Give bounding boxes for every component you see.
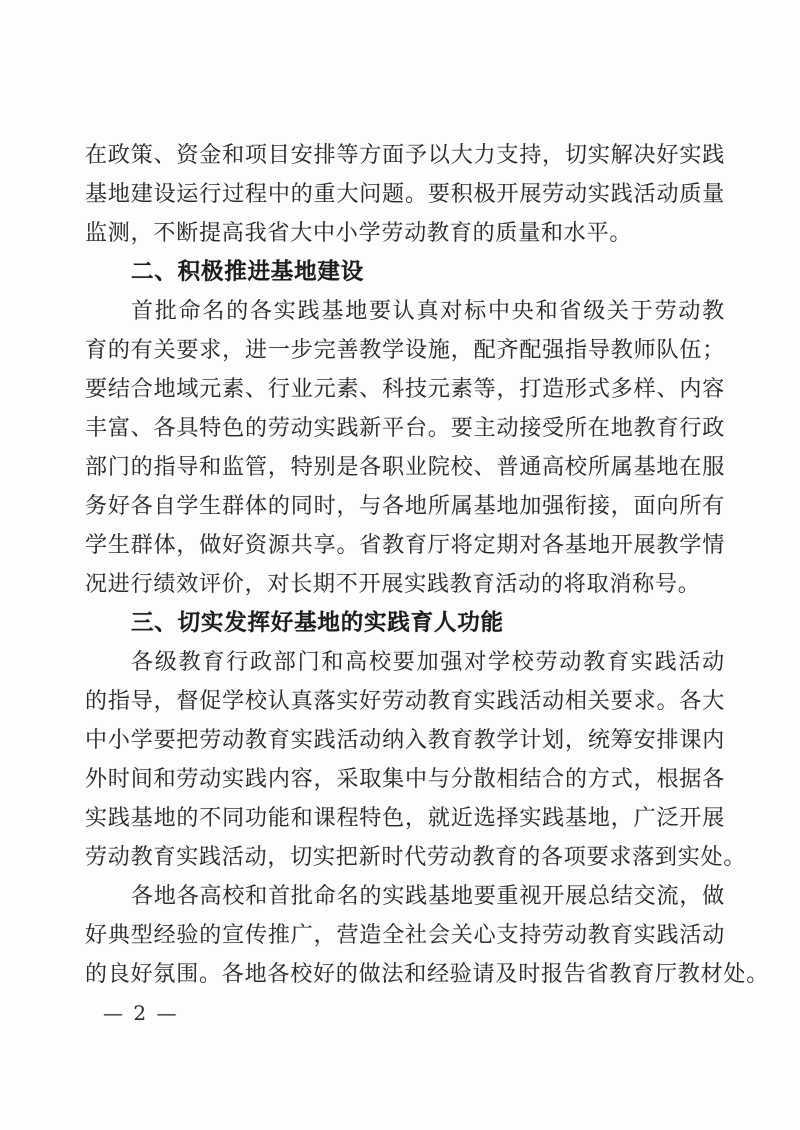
section-heading-3: 三、切实发挥好基地的实践育人功能 <box>85 604 725 643</box>
page-number: — 2 — <box>85 994 725 1033</box>
text-line: 况进行绩效评价，对长期不开展实践教育活动的将取消称号。 <box>85 565 725 604</box>
text-line: 各级教育行政部门和高校要加强对学校劳动教育实践活动 <box>85 643 725 682</box>
text-line: 丰富、各具特色的劳动实践新平台。要主动接受所在地教育行政 <box>85 409 725 448</box>
text-line: 要结合地域元素、行业元素、科技元素等，打造形式多样、内容 <box>85 370 725 409</box>
text-line: 首批命名的各实践基地要认真对标中央和省级关于劳动教 <box>85 292 725 331</box>
text-line: 监测，不断提高我省大中小学劳动教育的质量和水平。 <box>85 214 725 253</box>
text-line: 好典型经验的宣传推广，营造全社会关心支持劳动教育实践活动 <box>85 916 725 955</box>
text-line: 的指导，督促学校认真落实好劳动教育实践活动相关要求。各大 <box>85 682 725 721</box>
section-heading-2: 二、积极推进基地建设 <box>85 253 725 292</box>
text-line: 学生群体，做好资源共享。省教育厅将定期对各基地开展教学情 <box>85 526 725 565</box>
text-line: 实践基地的不同功能和课程特色，就近选择实践基地，广泛开展 <box>85 799 725 838</box>
text-line: 的良好氛围。各地各校好的做法和经验请及时报告省教育厅教材处。 <box>85 955 725 994</box>
text-line: 育的有关要求，进一步完善教学设施，配齐配强指导教师队伍； <box>85 331 725 370</box>
document-page: 在政策、资金和项目安排等方面予以大力支持，切实解决好实践 基地建设运行过程中的重… <box>0 0 800 1130</box>
text-line: 基地建设运行过程中的重大问题。要积极开展劳动实践活动质量 <box>85 175 725 214</box>
text-line: 外时间和劳动实践内容，采取集中与分散相结合的方式，根据各 <box>85 760 725 799</box>
text-block: 在政策、资金和项目安排等方面予以大力支持，切实解决好实践 基地建设运行过程中的重… <box>85 136 725 1033</box>
text-line: 中小学要把劳动教育实践活动纳入教育教学计划，统筹安排课内 <box>85 721 725 760</box>
text-line: 务好各自学生群体的同时，与各地所属基地加强衔接，面向所有 <box>85 487 725 526</box>
text-line: 劳动教育实践活动，切实把新时代劳动教育的各项要求落到实处。 <box>85 838 725 877</box>
text-line: 在政策、资金和项目安排等方面予以大力支持，切实解决好实践 <box>85 136 725 175</box>
text-line: 各地各高校和首批命名的实践基地要重视开展总结交流，做 <box>85 877 725 916</box>
text-line: 部门的指导和监管，特别是各职业院校、普通高校所属基地在服 <box>85 448 725 487</box>
